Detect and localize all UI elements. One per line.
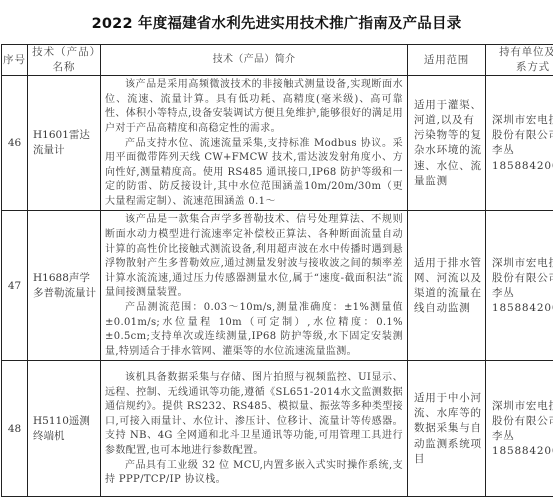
- table-row: 46 H1601雷达流量计 该产品是采用高频微波技术的非接触式测量设备,实现断面…: [2, 76, 553, 211]
- product-description: 该产品是采用高频微波技术的非接触式测量设备,实现断面水位、流速、流量计算。具有低…: [101, 76, 408, 211]
- company-name: 深圳市宏电技术股份有限公司: [492, 113, 553, 143]
- document-title: 2022 年度福建省水利先进实用技术推广指南及产品目录: [0, 12, 553, 33]
- applicable-scope: 适用于排水管网、河流以及渠道的流量在线自动监测: [408, 211, 486, 361]
- serial-number: 47: [2, 211, 28, 361]
- contact-person: 李丛: [492, 286, 553, 301]
- description-paragraph: 产品支持水位、流速流量采集,支持标准 Modbus 协议。采用平面微带阵列天线 …: [105, 137, 403, 210]
- description-paragraph: 产品具有工业级 32 位 MCU,内置多嵌入式实时操作系统,支持 PPP/TCP…: [105, 459, 403, 488]
- company-name: 深圳市宏电技术股份有限公司: [492, 256, 553, 286]
- company-name: 深圳市宏电技术股份有限公司: [492, 399, 553, 429]
- serial-number: 46: [2, 76, 28, 211]
- header-product-name: 技术（产品）名称: [28, 45, 101, 76]
- table-row: 47 H1688声学多普勒流量计 该产品是一款集合声学多普勒技术、信号处理算法、…: [2, 211, 553, 361]
- table-header-row: 序号 技术（产品）名称 技术（产品）简介 适用范围 持有单位及联系方式: [2, 45, 553, 76]
- header-serial-number: 序号: [2, 45, 28, 76]
- header-holder-contact: 持有单位及联系方式: [486, 45, 553, 76]
- contact-person: 李丛: [492, 429, 553, 444]
- holder-contact: 深圳市宏电技术股份有限公司 李丛 18588420098: [486, 76, 553, 211]
- description-paragraph: 该机具备数据采集与存储、图片拍照与视频监控、UI显示、远程、控制、无线通讯等功能…: [105, 371, 403, 459]
- product-name: H1601雷达流量计: [28, 76, 101, 211]
- product-catalog-table: 序号 技术（产品）名称 技术（产品）简介 适用范围 持有单位及联系方式 46 H…: [1, 44, 553, 497]
- phone-number: 18588420098: [492, 444, 553, 459]
- product-name: H1688声学多普勒流量计: [28, 211, 101, 361]
- description-paragraph: 该产品是一款集合声学多普勒技术、信号处理算法、不规则断面水动力模型进行流速率定补…: [105, 213, 403, 301]
- header-applicable-scope: 适用范围: [408, 45, 486, 76]
- product-name: H5110遥测终端机: [28, 361, 101, 497]
- product-description: 该产品是一款集合声学多普勒技术、信号处理算法、不规则断面水动力模型进行流速率定补…: [101, 211, 408, 361]
- contact-person: 李丛: [492, 143, 553, 158]
- applicable-scope: 适用于中小河流、水库等的数据采集与自动监测系统项目: [408, 361, 486, 497]
- phone-number: 18588420098: [492, 159, 553, 174]
- description-paragraph: 该产品是采用高频微波技术的非接触式测量设备,实现断面水位、流速、流量计算。具有低…: [105, 78, 403, 136]
- phone-number: 18588420098: [492, 301, 553, 316]
- applicable-scope: 适用于灌渠、河道,以及有污染物等的复杂水环境的流速、水位、流量监测: [408, 76, 486, 211]
- holder-contact: 深圳市宏电技术股份有限公司 李丛 18588420098: [486, 361, 553, 497]
- product-description: 该机具备数据采集与存储、图片拍照与视频监控、UI显示、远程、控制、无线通讯等功能…: [101, 361, 408, 497]
- holder-contact: 深圳市宏电技术股份有限公司 李丛 18588420098: [486, 211, 553, 361]
- table-row: 48 H5110遥测终端机 该机具备数据采集与存储、图片拍照与视频监控、UI显示…: [2, 361, 553, 497]
- description-paragraph: 产品测流范围：0.03～10m/s,测量准确度：±1%测量值±0.01m/s;水…: [105, 301, 403, 359]
- serial-number: 48: [2, 361, 28, 497]
- header-product-description: 技术（产品）简介: [101, 45, 408, 76]
